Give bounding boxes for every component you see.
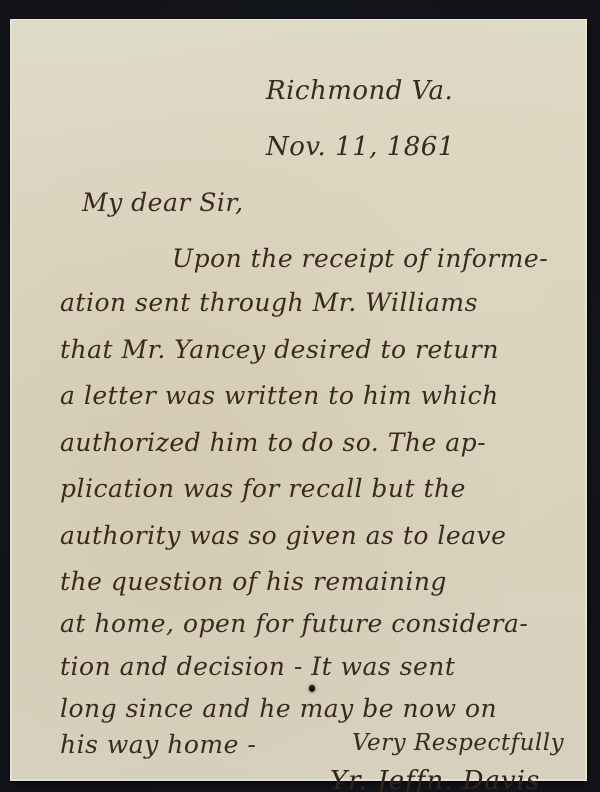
- letter-place: Richmond Va.: [266, 78, 453, 104]
- letter-line: long since and he may be now on: [60, 696, 497, 721]
- letter-signature: Yr. Jeffn. Davis: [330, 768, 540, 792]
- letter-closing: Very Respectfully: [352, 732, 564, 755]
- ink-blot: [309, 685, 315, 692]
- letter-line: a letter was written to him which: [60, 383, 499, 408]
- letter-salutation: My dear Sir,: [82, 190, 244, 215]
- letter-line: plication was for recall but the: [60, 476, 466, 501]
- letter-line: the question of his remaining: [60, 569, 447, 594]
- letter-line: that Mr. Yancey desired to return: [60, 337, 499, 362]
- signature-prefix: Yr.: [330, 766, 368, 792]
- letter-line: tion and decision - It was sent: [60, 654, 455, 679]
- letter-page: Richmond Va. Nov. 11, 1861 My dear Sir, …: [10, 19, 587, 781]
- letter-line: ation sent through Mr. Williams: [60, 290, 478, 315]
- signature-name: Jeffn. Davis: [377, 766, 540, 792]
- letter-date: Nov. 11, 1861: [266, 134, 455, 160]
- letter-line: authorized him to do so. The ap-: [60, 430, 486, 455]
- letter-line: Upon the receipt of informe-: [172, 246, 548, 271]
- letter-line: authority was so given as to leave: [60, 523, 506, 548]
- letter-line: at home, open for future considera-: [60, 611, 528, 636]
- letter-line: his way home -: [60, 732, 256, 757]
